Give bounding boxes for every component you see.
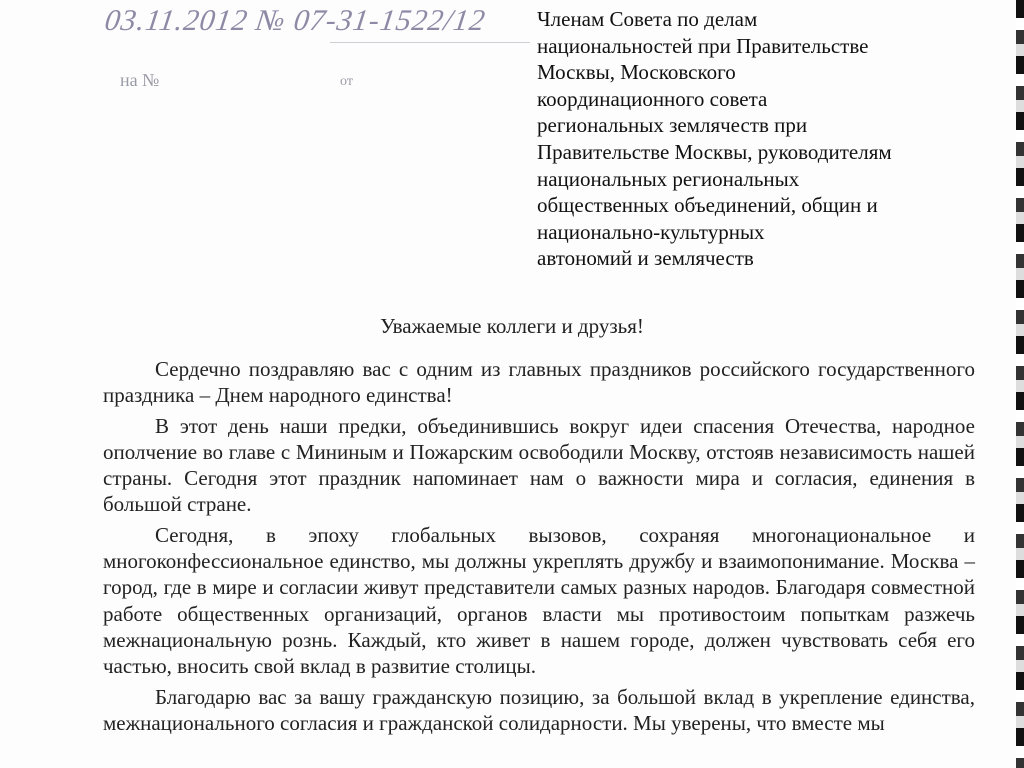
paragraph: Сердечно поздравляю вас с одним из главн… [103,356,975,409]
addressee-line: Москвы, Московского [537,59,987,86]
scan-edge [1016,0,1024,768]
addressee-line: общественных объединений, общин и [537,192,987,219]
addressee-line: Членам Совета по делам [537,6,987,33]
reference-date-label: от [340,74,353,90]
addressee-line: автономий и землячеств [537,245,987,272]
reference-number-label: на № [120,70,159,91]
registration-underline [330,42,530,43]
registration-number: 03.11.2012 № 07-31-1522/12 [103,4,488,38]
paragraph: В этот день наши предки, объединившись в… [103,413,975,518]
addressee-line: региональных землячеств при [537,112,987,139]
paragraph: Сегодня, в эпоху глобальных вызовов, сох… [103,522,975,680]
addressee-line: национальностей при Правительстве [537,33,987,60]
paragraph: Благодарю вас за вашу гражданскую позици… [103,684,975,737]
letter-body: Сердечно поздравляю вас с одним из главн… [103,356,975,740]
addressee-line: национально-культурных [537,219,987,246]
salutation: Уважаемые коллеги и друзья! [0,314,1024,339]
addressee-line: национальных региональных [537,166,987,193]
addressee-block: Членам Совета по делам национальностей п… [537,6,987,272]
addressee-line: координационного совета [537,86,987,113]
addressee-line: Правительстве Москвы, руководителям [537,139,987,166]
